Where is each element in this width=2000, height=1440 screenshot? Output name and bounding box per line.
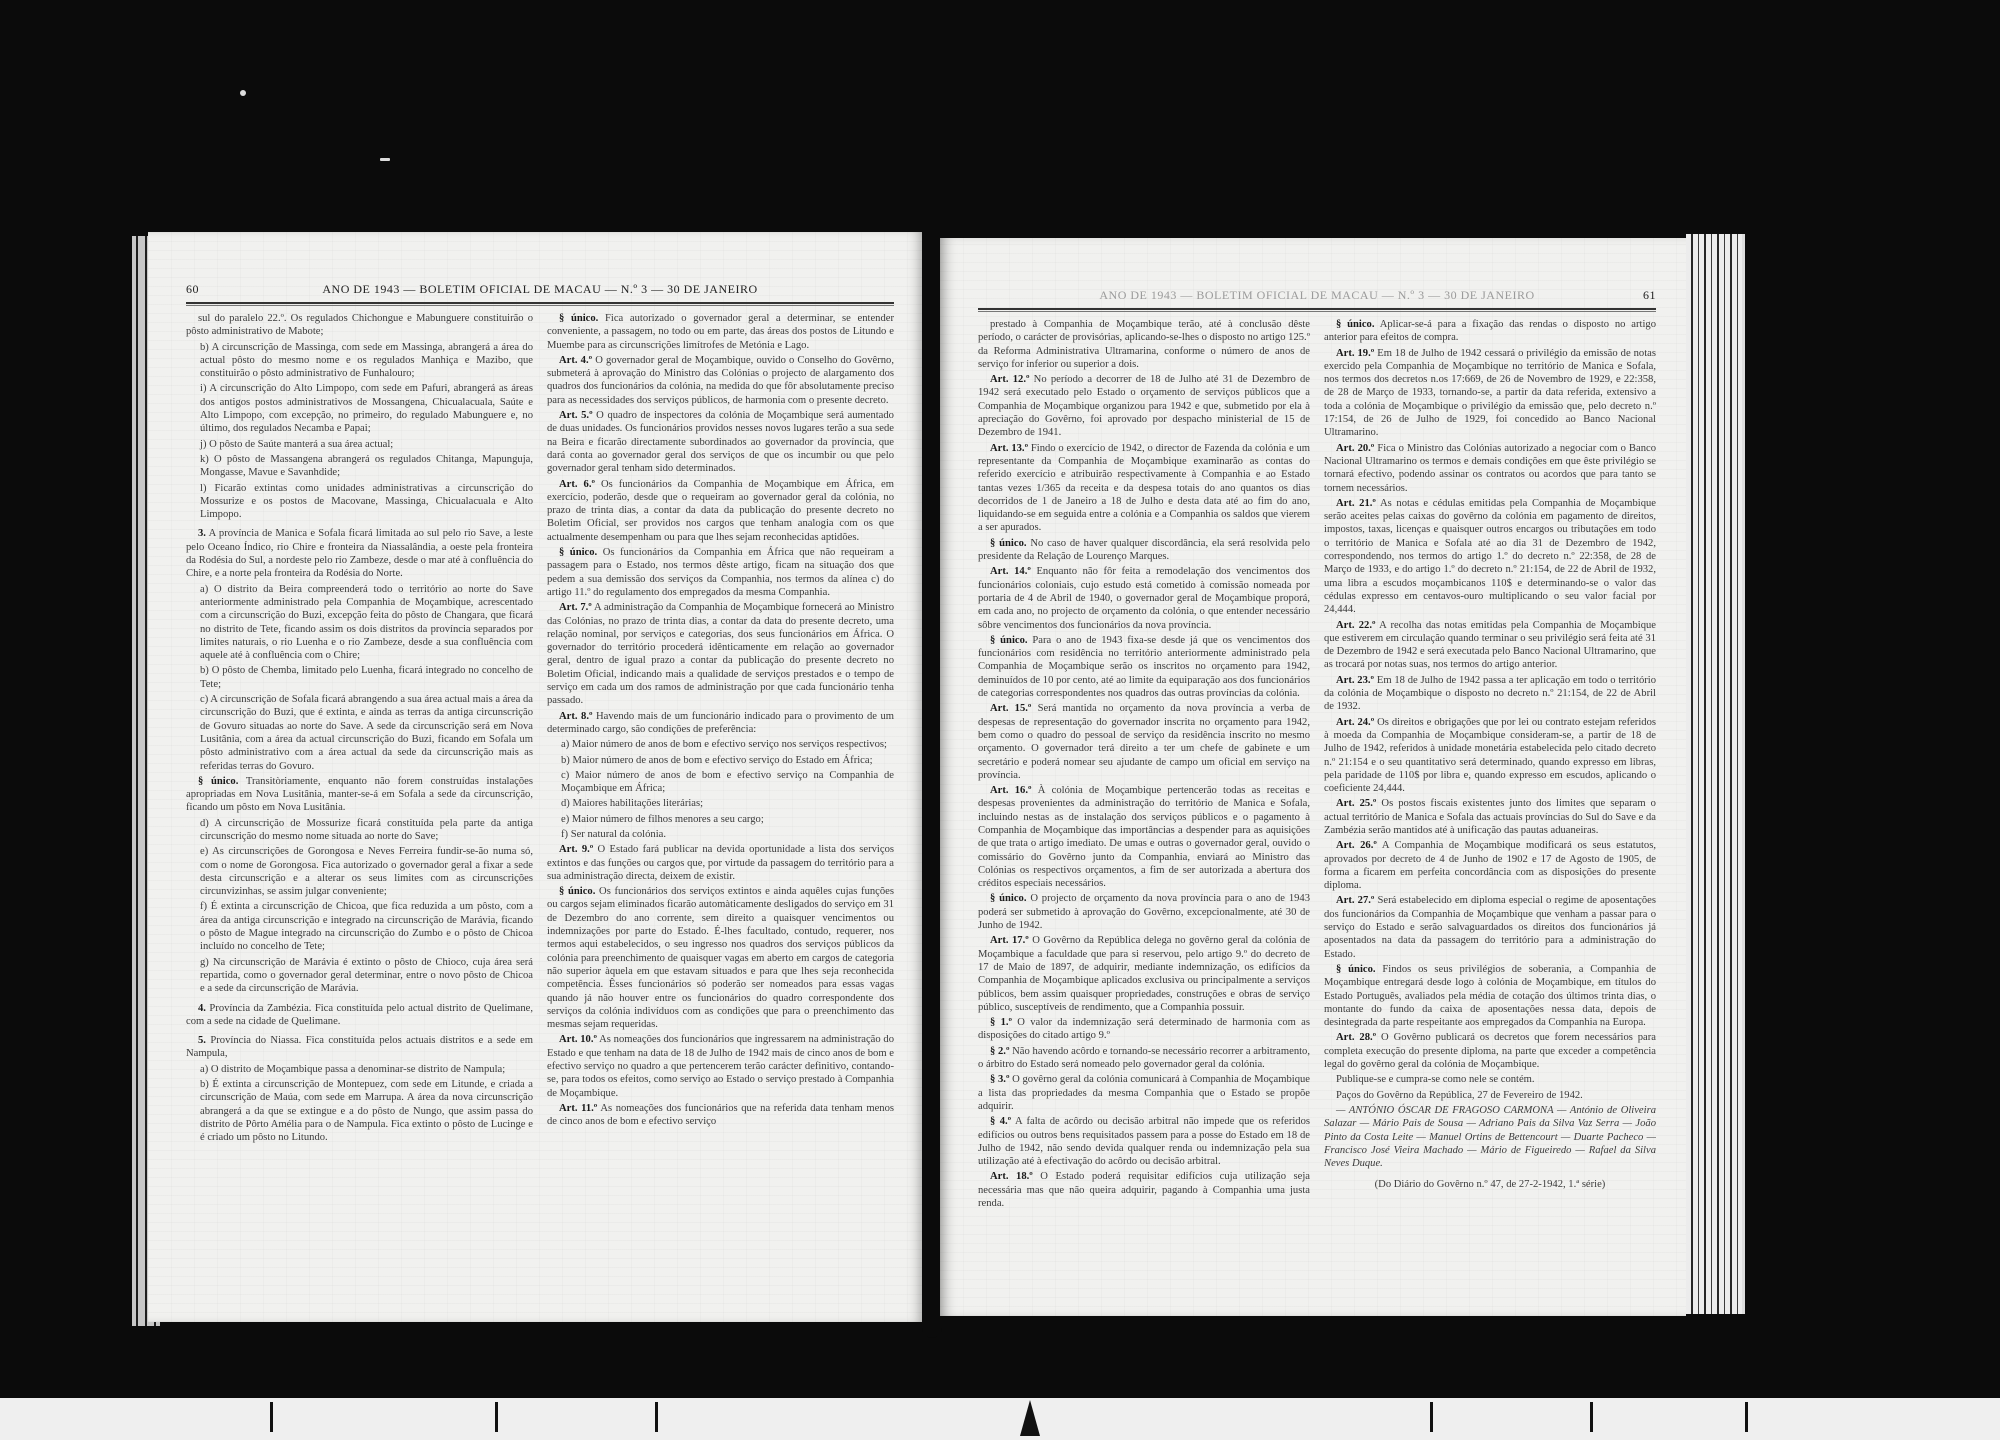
paragraph: Art. 24.º Os direitos e obrigações que p… xyxy=(1324,716,1656,796)
paragraph: Art. 7.º A administração da Companhia de… xyxy=(547,601,894,707)
paragraph: 5. Província do Niassa. Fica constituída… xyxy=(186,1034,533,1061)
paragraph: 3. A província de Manica e Sofala ficará… xyxy=(186,527,533,580)
paragraph: f) Ser natural da colónia. xyxy=(547,828,894,841)
running-head: 60 ANO DE 1943 — BOLETIM OFICIAL DE MACA… xyxy=(186,282,894,300)
column-right-2: § único. Aplicar-se-á para a fixação das… xyxy=(1324,318,1656,1276)
paragraph: Art. 4.º O governador geral de Moçambiqu… xyxy=(547,354,894,407)
paragraph: § único. O projecto de orçamento da nova… xyxy=(978,892,1310,932)
paragraph: a) O distrito da Beira compreenderá todo… xyxy=(186,583,533,663)
film-mark xyxy=(495,1402,498,1432)
paragraph: Art. 13.º Findo o exercício de 1942, o d… xyxy=(978,442,1310,535)
paragraph: Art. 14.º Enquanto não fôr feita a remod… xyxy=(978,565,1310,631)
text-columns: prestado à Companhia de Moçambique terão… xyxy=(978,318,1656,1276)
left-page: 60 ANO DE 1943 — BOLETIM OFICIAL DE MACA… xyxy=(148,232,924,1322)
paragraph: Art. 17.º O Govêrno da República delega … xyxy=(978,934,1310,1014)
paragraph: Art. 6.º Os funcionários da Companhia de… xyxy=(547,478,894,544)
paragraph: Art. 26.º A Companhia de Moçambique modi… xyxy=(1324,839,1656,892)
paragraph: l) Ficarão extintas como unidades admini… xyxy=(186,482,533,522)
paragraph: Art. 5.º O quadro de inspectores da coló… xyxy=(547,409,894,475)
paragraph: 4. Província da Zambézia. Fica constituí… xyxy=(186,1002,533,1029)
paragraph: § único. Findos os seus privilégios de s… xyxy=(1324,963,1656,1029)
right-page-edges xyxy=(1686,234,1745,1314)
paragraph: Art. 12.º No período a decorrer de 18 de… xyxy=(978,373,1310,439)
film-mark xyxy=(1590,1402,1593,1432)
paragraph: j) O pôsto de Saúte manterá a sua área a… xyxy=(186,438,533,451)
paragraph: Art. 10.º As nomeações dos funcionários … xyxy=(547,1033,894,1099)
running-head: 61 ANO DE 1943 — BOLETIM OFICIAL DE MACA… xyxy=(978,288,1656,306)
paragraph: § único. Os funcionários da Companhia em… xyxy=(547,546,894,599)
paragraph: a) Maior número de anos de bom e efectiv… xyxy=(547,738,894,751)
paragraph: prestado à Companhia de Moçambique terão… xyxy=(978,318,1310,371)
running-head-title: ANO DE 1943 — BOLETIM OFICIAL DE MACAU —… xyxy=(322,282,757,296)
header-rule xyxy=(186,302,894,306)
paragraph: e) Maior número de filhos menores a seu … xyxy=(547,813,894,826)
closing-source: (Do Diário do Govêrno n.º 47, de 27-2-19… xyxy=(1324,1178,1656,1191)
paragraph: k) O pôsto de Massangena abrangerá os re… xyxy=(186,453,533,480)
paragraph: Art. 18.º O Estado poderá requisitar edi… xyxy=(978,1170,1310,1210)
column-right-2-body: § único. Aplicar-se-á para a fixação das… xyxy=(1324,318,1656,1087)
paragraph: b) O pôsto de Chemba, limitado pelo Luen… xyxy=(186,664,533,691)
running-head-title: ANO DE 1943 — BOLETIM OFICIAL DE MACAU —… xyxy=(1099,288,1534,302)
page-number: 60 xyxy=(186,282,199,297)
paragraph: Art. 27.º Será estabelecido em diploma e… xyxy=(1324,894,1656,960)
film-mark xyxy=(655,1402,658,1432)
paragraph: b) É extinta a circunscrição de Montepue… xyxy=(186,1078,533,1144)
paragraph: d) A circunscrição de Mossurize ficará c… xyxy=(186,817,533,844)
film-speck xyxy=(240,90,246,96)
column-right-1: prestado à Companhia de Moçambique terão… xyxy=(978,318,1310,1276)
paragraph: Publique-se e cumpra-se como nele se con… xyxy=(1324,1073,1656,1086)
paragraph: c) A circunscrição de Sofala ficará abra… xyxy=(186,693,533,773)
paragraph: sul do paralelo 22.º. Os regulados Chich… xyxy=(186,312,533,339)
text-columns: sul do paralelo 22.º. Os regulados Chich… xyxy=(186,312,894,1282)
film-arrow-mark xyxy=(1020,1400,1040,1436)
closing-signatories: — ANTÓNIO ÓSCAR DE FRAGOSO CARMONA — Ant… xyxy=(1324,1104,1656,1170)
paragraph: § 3.º O govêrno geral da colónia comunic… xyxy=(978,1073,1310,1113)
paragraph: Art. 22.º A recolha das notas emitidas p… xyxy=(1324,619,1656,672)
film-speck xyxy=(380,158,390,161)
paragraph: § único. Transitòriamente, enquanto não … xyxy=(186,775,533,815)
paragraph: Art. 8.º Havendo mais de um funcionário … xyxy=(547,710,894,737)
paragraph: Art. 19.º Em 18 de Julho de 1942 cessará… xyxy=(1324,347,1656,440)
film-mark xyxy=(1430,1402,1433,1432)
paragraph: § único. Os funcionários dos serviços ex… xyxy=(547,885,894,1031)
paragraph: Art. 9.º O Estado fará publicar na devid… xyxy=(547,843,894,883)
paragraph: a) O distrito de Moçambique passa a deno… xyxy=(186,1063,533,1076)
paragraph: Art. 21.º As notas e cédulas emitidas pe… xyxy=(1324,497,1656,617)
paragraph: f) É extinta a circunscrição de Chicoa, … xyxy=(186,900,533,953)
paragraph: i) A circunscrição do Alto Limpopo, com … xyxy=(186,382,533,435)
column-left-2: § único. Fica autorizado o governador ge… xyxy=(547,312,894,1282)
paragraph: § 2.º Não havendo acôrdo e tornando-se n… xyxy=(978,1045,1310,1072)
paragraph: § único. Aplicar-se-á para a fixação das… xyxy=(1324,318,1656,345)
paragraph: § 1.º O valor da indemnização será deter… xyxy=(978,1016,1310,1043)
book-spread: 60 ANO DE 1943 — BOLETIM OFICIAL DE MACA… xyxy=(132,228,1742,1348)
paragraph: Art. 25.º Os postos fiscais existentes j… xyxy=(1324,797,1656,837)
paragraph: c) Maior número de anos de bom e efectiv… xyxy=(547,769,894,796)
film-mark xyxy=(270,1402,273,1432)
paragraph: e) As circunscrições de Gorongosa e Neve… xyxy=(186,845,533,898)
column-left-1: sul do paralelo 22.º. Os regulados Chich… xyxy=(186,312,533,1282)
paragraph: Art. 11.º As nomeações dos funcionários … xyxy=(547,1102,894,1129)
paragraph: Art. 16.º À colónia de Moçambique perten… xyxy=(978,784,1310,890)
paragraph: § 4.º A falta de acôrdo ou decisão arbit… xyxy=(978,1115,1310,1168)
paragraph: b) Maior número de anos de bom e efectiv… xyxy=(547,754,894,767)
film-mark xyxy=(1745,1402,1748,1432)
paragraph: g) Na circunscrição de Marávia é extinto… xyxy=(186,956,533,996)
right-page: 61 ANO DE 1943 — BOLETIM OFICIAL DE MACA… xyxy=(940,238,1686,1316)
paragraph: § único. Para o ano de 1943 fixa-se desd… xyxy=(978,634,1310,700)
paragraph: § único. No caso de haver qualquer disco… xyxy=(978,537,1310,564)
book-gutter xyxy=(922,228,942,1338)
paragraph: b) A circunscrição de Massinga, com sede… xyxy=(186,341,533,381)
paragraph: § único. Fica autorizado o governador ge… xyxy=(547,312,894,352)
paragraph: Art. 28.º O Govêrno publicará os decreto… xyxy=(1324,1031,1656,1071)
paragraph: Art. 15.º Será mantida no orçamento da n… xyxy=(978,702,1310,782)
film-bottom-band xyxy=(0,1398,2000,1440)
page-number: 61 xyxy=(1643,288,1656,303)
header-rule xyxy=(978,308,1656,312)
paragraph: d) Maiores habilitações literárias; xyxy=(547,797,894,810)
paragraph: Art. 23.º Em 18 de Julho de 1942 passa a… xyxy=(1324,674,1656,714)
closing-place-date: Paços do Govêrno da República, 27 de Fev… xyxy=(1324,1089,1656,1102)
paragraph: Art. 20.º Fica o Ministro das Colónias a… xyxy=(1324,442,1656,495)
